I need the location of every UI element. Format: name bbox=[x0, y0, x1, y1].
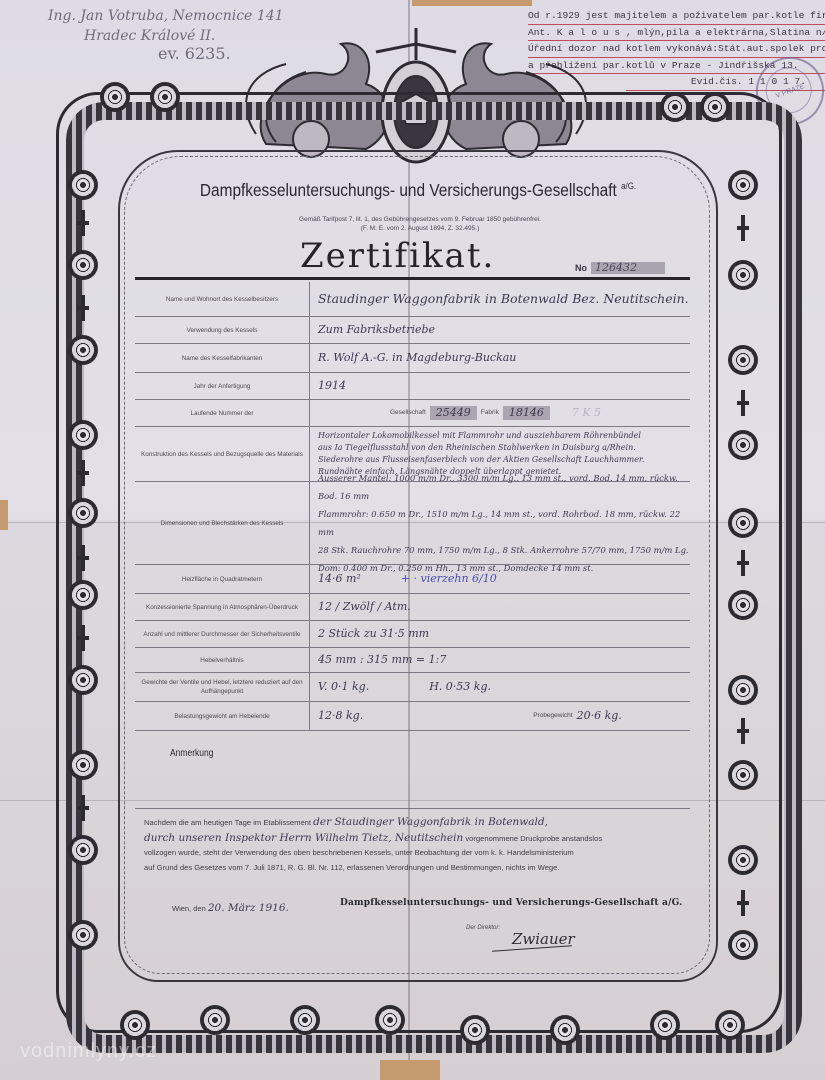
table-row: Anzahl und mittlerer Durchmesser der Sic… bbox=[135, 621, 690, 648]
spike-ornament-icon bbox=[81, 210, 85, 236]
construction-line: Siederohre aus Flusseisenfaserblech von … bbox=[318, 454, 644, 466]
rosette-ornament-icon bbox=[660, 92, 690, 122]
dimension-line: 28 Stk. Rauchrohre 70 mm, 1750 m/m Lg., … bbox=[318, 541, 689, 559]
construction-line: aus Ia Tiegelflussstahl von den Rheinisc… bbox=[318, 442, 636, 454]
rosette-ornament-icon bbox=[550, 1015, 580, 1045]
director-signature: Zwiauer bbox=[512, 930, 575, 948]
dimension-line: Äusserer Mantel: 1000 m/m Dr., 3300 m/m … bbox=[318, 469, 690, 505]
rosette-ornament-icon bbox=[290, 1005, 320, 1035]
row-value-multiline: Äusserer Mantel: 1000 m/m Dr., 3300 m/m … bbox=[310, 482, 690, 564]
pencil-note-line1: Ing. Jan Votruba, Nemocnice 141 bbox=[48, 8, 284, 24]
rosette-ornament-icon bbox=[100, 82, 130, 112]
spike-ornament-icon bbox=[81, 545, 85, 571]
typed-line: Od r.1929 jest majitelem a poživatelem p… bbox=[528, 8, 825, 25]
paper-torn-edge bbox=[0, 500, 8, 530]
rosette-ornament-icon bbox=[650, 1010, 680, 1040]
row-value: 2 Stück zu 31·5 mm bbox=[310, 621, 690, 647]
row-value: 12·8 kg.Probegewicht20·6 kg. bbox=[310, 702, 690, 730]
body-handwriting: durch unseren Inspektor Herrn Wilhelm Ti… bbox=[144, 832, 463, 844]
company-name: Dampfkesseluntersuchungs- und Versicheru… bbox=[200, 180, 617, 200]
rosette-ornament-icon bbox=[200, 1005, 230, 1035]
rosette-ornament-icon bbox=[728, 845, 758, 875]
paper-torn-edge bbox=[412, 0, 532, 6]
table-row: Name des Kesselfabrikanten R. Wolf A.-G.… bbox=[135, 344, 690, 373]
remarks-rule bbox=[135, 808, 690, 809]
rosette-ornament-icon bbox=[728, 930, 758, 960]
body-print: Nachdem die am heutigen Tage im Etabliss… bbox=[144, 818, 311, 827]
watermark: vodnimlyny.cz bbox=[20, 1040, 157, 1063]
lever-weight: H. 0·53 kg. bbox=[429, 680, 491, 694]
rosette-ornament-icon bbox=[68, 920, 98, 950]
heating-area: 14·6 m² bbox=[318, 572, 361, 586]
rosette-ornament-icon bbox=[728, 675, 758, 705]
rosette-ornament-icon bbox=[68, 750, 98, 780]
boiler-data-table: Name und Wohnort des Kesselbesitzers Sta… bbox=[135, 282, 690, 731]
spike-ornament-icon bbox=[741, 550, 745, 576]
pencil-note-line3: ev. 6235. bbox=[158, 46, 231, 62]
certificate-paper: Ing. Jan Votruba, Nemocnice 141 Hradec K… bbox=[0, 0, 825, 1080]
table-row: Dimensionen und Blechstärken des Kessels… bbox=[135, 482, 690, 565]
spike-ornament-icon bbox=[81, 625, 85, 651]
rosette-ornament-icon bbox=[728, 590, 758, 620]
rosette-ornament-icon bbox=[375, 1005, 405, 1035]
table-row: Verwendung des Kessels Zum Fabriksbetrie… bbox=[135, 317, 690, 344]
company-heading: Dampfkesseluntersuchungs- und Versicheru… bbox=[198, 180, 638, 201]
row-value: Staudinger Waggonfabrik in Botenwald Bez… bbox=[310, 282, 690, 316]
probe-weight: 20·6 kg. bbox=[577, 709, 622, 723]
gesellschaft-label: Gesellschaft bbox=[390, 406, 426, 420]
row-label: Konzessionierte Spannung in Atmosphären-… bbox=[135, 594, 310, 620]
gesellschaft-number: 25449 bbox=[430, 406, 477, 420]
row-value: 12 / Zwölf / Atm. bbox=[310, 594, 690, 620]
row-label: Name des Kesselfabrikanten bbox=[135, 344, 310, 372]
dimension-line: Flammrohr: 0.650 m Dr., 1510 m/m Lg., 14… bbox=[318, 505, 690, 541]
serial-numbers: Gesellschaft 25449 Fabrik 18146 7 K 5 bbox=[310, 400, 690, 426]
table-row: Laufende Nummer der Gesellschaft 25449 F… bbox=[135, 400, 690, 427]
rosette-ornament-icon bbox=[728, 760, 758, 790]
company-suffix: a/G. bbox=[621, 181, 636, 191]
rosette-ornament-icon bbox=[150, 82, 180, 112]
tariff-line1: Gemäß Tarifpost 7, lit. 1, des Gebühreng… bbox=[200, 215, 640, 224]
place-date: Wien, den 20. März 1916. bbox=[172, 902, 289, 914]
paper-torn-edge bbox=[380, 1060, 440, 1080]
body-print: vorgenommene Druckprobe anstandslos bbox=[465, 834, 602, 843]
certificate-number: No126432 bbox=[575, 262, 665, 274]
spike-ornament-icon bbox=[741, 390, 745, 416]
row-label: Heizfläche in Quadratmetern bbox=[135, 565, 310, 593]
body-print: auf Grund des Gesetzes vom 7. Juli 1871,… bbox=[144, 861, 684, 876]
row-label: Hebelverhältnis bbox=[135, 648, 310, 672]
table-row: Gewichte der Ventile und Hebel, letztere… bbox=[135, 673, 690, 702]
table-row: Konzessionierte Spannung in Atmosphären-… bbox=[135, 594, 690, 621]
spike-ornament-icon bbox=[81, 795, 85, 821]
director-label: Der Direktor: bbox=[466, 925, 500, 931]
fabrik-label: Fabrik bbox=[481, 406, 499, 420]
rosette-ornament-icon bbox=[460, 1015, 490, 1045]
tariff-line2: (F. M. E. vom 2. August 1894, Z. 32.495.… bbox=[200, 224, 640, 233]
row-label: Konstruktion des Kessels und Bezugsquell… bbox=[135, 427, 310, 481]
body-handwriting: der Staudinger Waggonfabrik in Botenwald… bbox=[313, 816, 548, 828]
spike-ornament-icon bbox=[81, 295, 85, 321]
rosette-ornament-icon bbox=[728, 345, 758, 375]
rosette-ornament-icon bbox=[715, 1010, 745, 1040]
rosette-ornament-icon bbox=[68, 335, 98, 365]
row-label: Verwendung des Kessels bbox=[135, 317, 310, 343]
construction-line: Horizontaler Lokomobilkessel mit Flammro… bbox=[318, 430, 641, 442]
spike-ornament-icon bbox=[741, 890, 745, 916]
table-row: Belastungsgewicht am Hebelende 12·8 kg.P… bbox=[135, 702, 690, 731]
rosette-ornament-icon bbox=[728, 170, 758, 200]
load-weight: 12·8 kg. bbox=[318, 709, 363, 723]
row-value: 45 mm : 315 mm = 1:7 bbox=[310, 648, 690, 672]
row-value: 14·6 m²+ · vierzehn 6/10 bbox=[310, 565, 690, 593]
rosette-ornament-icon bbox=[68, 170, 98, 200]
spike-ornament-icon bbox=[741, 215, 745, 241]
row-label: Dimensionen und Blechstärken des Kessels bbox=[135, 482, 310, 564]
row-label: Name und Wohnort des Kesselbesitzers bbox=[135, 282, 310, 316]
place-label: Wien, den bbox=[172, 904, 206, 913]
table-row: Jahr der Anfertigung 1914 bbox=[135, 373, 690, 400]
rosette-ornament-icon bbox=[728, 260, 758, 290]
remarks-heading: Anmerkung bbox=[170, 748, 213, 759]
rosette-ornament-icon bbox=[68, 580, 98, 610]
table-row: Hebelverhältnis 45 mm : 315 mm = 1:7 bbox=[135, 648, 690, 673]
row-value: Zum Fabriksbetriebe bbox=[310, 317, 690, 343]
tariff-note: Gemäß Tarifpost 7, lit. 1, des Gebühreng… bbox=[200, 215, 640, 233]
pencil-note-line2: Hradec Králové II. bbox=[84, 28, 215, 44]
faint-pencil-mark: 7 K 5 bbox=[572, 406, 601, 420]
issue-date: 20. März 1916. bbox=[208, 902, 289, 914]
number-value: 126432 bbox=[591, 262, 665, 274]
body-print: vollzogen wurde, steht der Verwendung de… bbox=[144, 846, 684, 861]
row-label: Jahr der Anfertigung bbox=[135, 373, 310, 399]
rosette-ornament-icon bbox=[728, 430, 758, 460]
rosette-ornament-icon bbox=[120, 1010, 150, 1040]
issuer-company: Dampfkesseluntersuchungs- und Versicheru… bbox=[340, 898, 682, 908]
rosette-ornament-icon bbox=[68, 420, 98, 450]
certification-text: Nachdem die am heutigen Tage im Etabliss… bbox=[144, 815, 684, 875]
row-label: Anzahl und mittlerer Durchmesser der Sic… bbox=[135, 621, 310, 647]
rosette-ornament-icon bbox=[68, 835, 98, 865]
table-row: Name und Wohnort des Kesselbesitzers Sta… bbox=[135, 282, 690, 317]
row-label: Belastungsgewicht am Hebelende bbox=[135, 702, 310, 730]
stamp-text: V PRAZE bbox=[775, 83, 806, 100]
spike-ornament-icon bbox=[741, 718, 745, 744]
row-value: V. 0·1 kg.H. 0·53 kg. bbox=[310, 673, 690, 701]
spike-ornament-icon bbox=[81, 460, 85, 486]
table-row: Heizfläche in Quadratmetern 14·6 m²+ · v… bbox=[135, 565, 690, 594]
rosette-ornament-icon bbox=[728, 508, 758, 538]
fabrik-number: 18146 bbox=[503, 406, 550, 420]
row-value: 1914 bbox=[310, 373, 690, 399]
title-rule bbox=[135, 277, 690, 280]
blue-ink-note: + · vierzehn 6/10 bbox=[401, 572, 497, 586]
page-title: Zertifikat. bbox=[300, 236, 495, 276]
rosette-ornament-icon bbox=[700, 92, 730, 122]
rosette-ornament-icon bbox=[68, 665, 98, 695]
valve-weight: V. 0·1 kg. bbox=[318, 680, 369, 694]
number-label: No bbox=[575, 263, 587, 273]
rosette-ornament-icon bbox=[68, 250, 98, 280]
rosette-ornament-icon bbox=[68, 498, 98, 528]
row-label: Laufende Nummer der bbox=[135, 400, 310, 426]
probe-weight-label: Probegewicht bbox=[533, 709, 572, 723]
row-label: Gewichte der Ventile und Hebel, letztere… bbox=[135, 673, 310, 701]
row-value: R. Wolf A.-G. in Magdeburg-Buckau bbox=[310, 344, 690, 372]
